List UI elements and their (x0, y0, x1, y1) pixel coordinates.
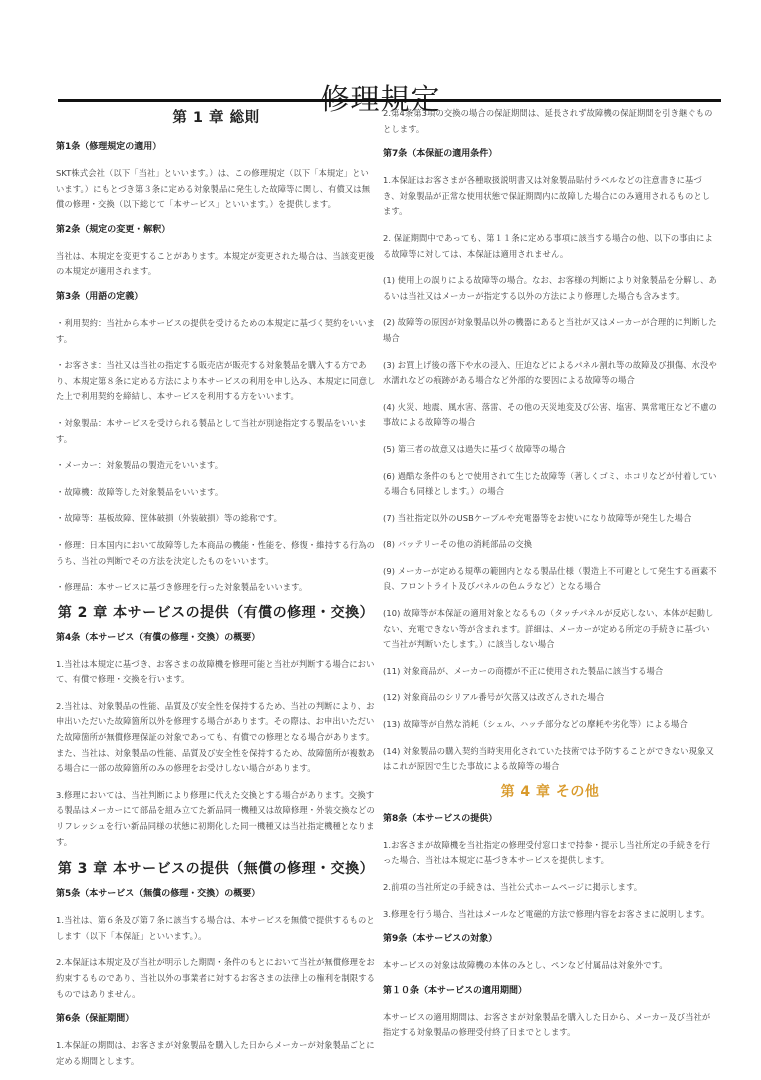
article-2-text: 当社は、本規定を変更することがあります。本規定が変更された場合は、当該変更後の本… (56, 249, 376, 280)
article-5-paragraph: 1.当社は、第６条及び第７条に該当する場合は、本サービスを無償で提供するものとし… (56, 913, 376, 944)
article-4-paragraph: 2.当社は、対象製品の性能、品質及び安全性を保持するため、当社の判断により、お申… (56, 699, 376, 777)
exclusion-item: (9) メーカーが定める規準の範囲内となる製品仕様（製造上不可避として発生する画… (383, 564, 717, 595)
definition-item: ・故障機：故障等した対象製品をいいます。 (56, 485, 376, 501)
left-column: 第 1 章 総則 第1条（修理規定の適用） SKT株式会社（以下「当社」といいま… (56, 106, 376, 1080)
chapter-2-heading: 第 2 章 本サービスの提供（有償の修理・交換） (56, 602, 376, 622)
article-10-paragraph: 本サービスの適用期間は、お客さまが対象製品を購入した日から、メーカー及び当社が指… (383, 1010, 717, 1041)
chapter-1-heading: 第 1 章 総則 (56, 106, 376, 127)
article-6-paragraph: 1.本保証の期間は、お客さまが対象製品を購入した日からメーカーが対象製品ごとに定… (56, 1038, 376, 1069)
definition-item: ・修理：日本国内において故障等した本商品の機能・性能を、修復・維持する行為のうち… (56, 538, 376, 569)
exclusion-item: (12) 対象商品のシリアル番号が欠落又は改ざんされた場合 (383, 690, 717, 706)
article-4-paragraph: 3.修理においては、当社判断により修理に代えた交換とする場合があります。交換する… (56, 788, 376, 850)
article-6-paragraph: 2.第4条第3項の交換の場合の保証期間は、延長されず故障機の保証期間を引き継ぐも… (383, 106, 717, 137)
article-9-paragraph: 本サービスの対象は故障機の本体のみとし、ペンなど付属品は対象外です。 (383, 958, 717, 974)
chapter-4-heading: 第 4 章 その他 (383, 781, 717, 801)
article-5-heading: 第5条（本サービス（無償の修理・交換）の概要） (56, 888, 376, 901)
article-8-paragraph: 1.お客さまが故障機を当社指定の修理受付窓口まで持参・提示し当社所定の手続きを行… (383, 838, 717, 869)
definition-item: ・対象製品：本サービスを受けられる製品として当社が別途指定する製品をいいます。 (56, 416, 376, 447)
article-10-heading: 第１０条（本サービスの適用期間） (383, 985, 717, 998)
chapter-3-heading: 第 3 章 本サービスの提供（無償の修理・交換） (56, 858, 376, 878)
article-1-heading: 第1条（修理規定の適用） (56, 141, 376, 154)
article-8-paragraph: 2.前項の当社所定の手続きは、当社公式ホームページに掲示します。 (383, 880, 717, 896)
exclusion-item: (5) 第三者の故意又は過失に基づく故障等の場合 (383, 442, 717, 458)
exclusion-item: (10) 故障等が本保証の適用対象となるもの（タッチパネルが反応しない、本体が起… (383, 606, 717, 653)
article-4-heading: 第4条（本サービス（有償の修理・交換）の概要） (56, 632, 376, 645)
exclusion-item: (14) 対象製品の購入契約当時実用化されていた技術では予防することができない現… (383, 744, 717, 775)
exclusion-item: (1) 使用上の誤りによる故障等の場合。なお、お客様の判断により対象製品を分解し… (383, 273, 717, 304)
exclusion-item: (3) お買上げ後の落下や水の浸入、圧迫などによるパネル割れ等の故障及び損傷、水… (383, 358, 717, 389)
exclusion-item: (13) 故障等が自然な消耗（シェル、ハッチ部分などの摩耗や劣化等）による場合 (383, 717, 717, 733)
definition-item: ・メーカー：対象製品の製造元をいいます。 (56, 458, 376, 474)
exclusion-item: (11) 対象商品が、メーカーの商標が不正に使用された製品に該当する場合 (383, 664, 717, 680)
article-7-heading: 第7条（本保証の適用条件） (383, 148, 717, 161)
title-divider (58, 99, 721, 102)
article-3-heading: 第3条（用語の定義） (56, 291, 376, 304)
definition-item: ・利用契約：当社から本サービスの提供を受けるための本規定に基づく契約をいいます。 (56, 316, 376, 347)
exclusion-item: (2) 故障等の原因が対象製品以外の機器にあると当社が又はメーカーが合理的に判断… (383, 315, 717, 346)
exclusion-item: (4) 火災、地震、風水害、落雷、その他の天災地変及び公害、塩害、異常電圧など不… (383, 400, 717, 431)
article-5-paragraph: 2.本保証は本規定及び当社が明示した期間・条件のもとにおいて当社が無償修理をお約… (56, 955, 376, 1002)
exclusion-item: (6) 過酷な条件のもとで使用されて生じた故障等（著しくゴミ、ホコリなどが付着し… (383, 469, 717, 500)
article-4-paragraph: 1.当社は本規定に基づき、お客さまの故障機を修理可能と当社が判断する場合において… (56, 657, 376, 688)
definition-item: ・お客さま：当社又は当社の指定する販売店が販売する対象製品を購入する方であり、本… (56, 358, 376, 405)
definition-item: ・修理品：本サービスに基づき修理を行った対象製品をいいます。 (56, 580, 376, 596)
article-8-heading: 第8条（本サービスの提供） (383, 813, 717, 826)
exclusion-item: (7) 当社指定以外のUSBケーブルや充電器等をお使いになり故障等が発生した場合 (383, 511, 717, 527)
article-9-heading: 第9条（本サービスの対象） (383, 933, 717, 946)
article-2-heading: 第2条（規定の変更・解釈） (56, 224, 376, 237)
article-8-paragraph: 3.修理を行う場合、当社はメールなど電磁的方法で修理内容をお客さまに説明します。 (383, 907, 717, 923)
definition-item: ・故障等：基板故障、筐体破損（外装破損）等の総称です。 (56, 511, 376, 527)
right-column: 2.第4条第3項の交換の場合の保証期間は、延長されず故障機の保証期間を引き継ぐも… (383, 106, 717, 1052)
article-7-paragraph: 2. 保証期間中であっても、第１１条に定める事項に該当する場合の他、以下の事由に… (383, 231, 717, 262)
exclusion-item: (8) バッテリーその他の消耗部品の交換 (383, 537, 717, 553)
article-7-paragraph: 1.本保証はお客さまが各種取扱説明書又は対象製品貼付ラベルなどの注意書きに基づき… (383, 173, 717, 220)
article-1-text: SKT株式会社（以下「当社」といいます。）は、この修理規定（以下「本規定」といい… (56, 166, 376, 213)
article-6-heading: 第6条（保証期間） (56, 1013, 376, 1026)
